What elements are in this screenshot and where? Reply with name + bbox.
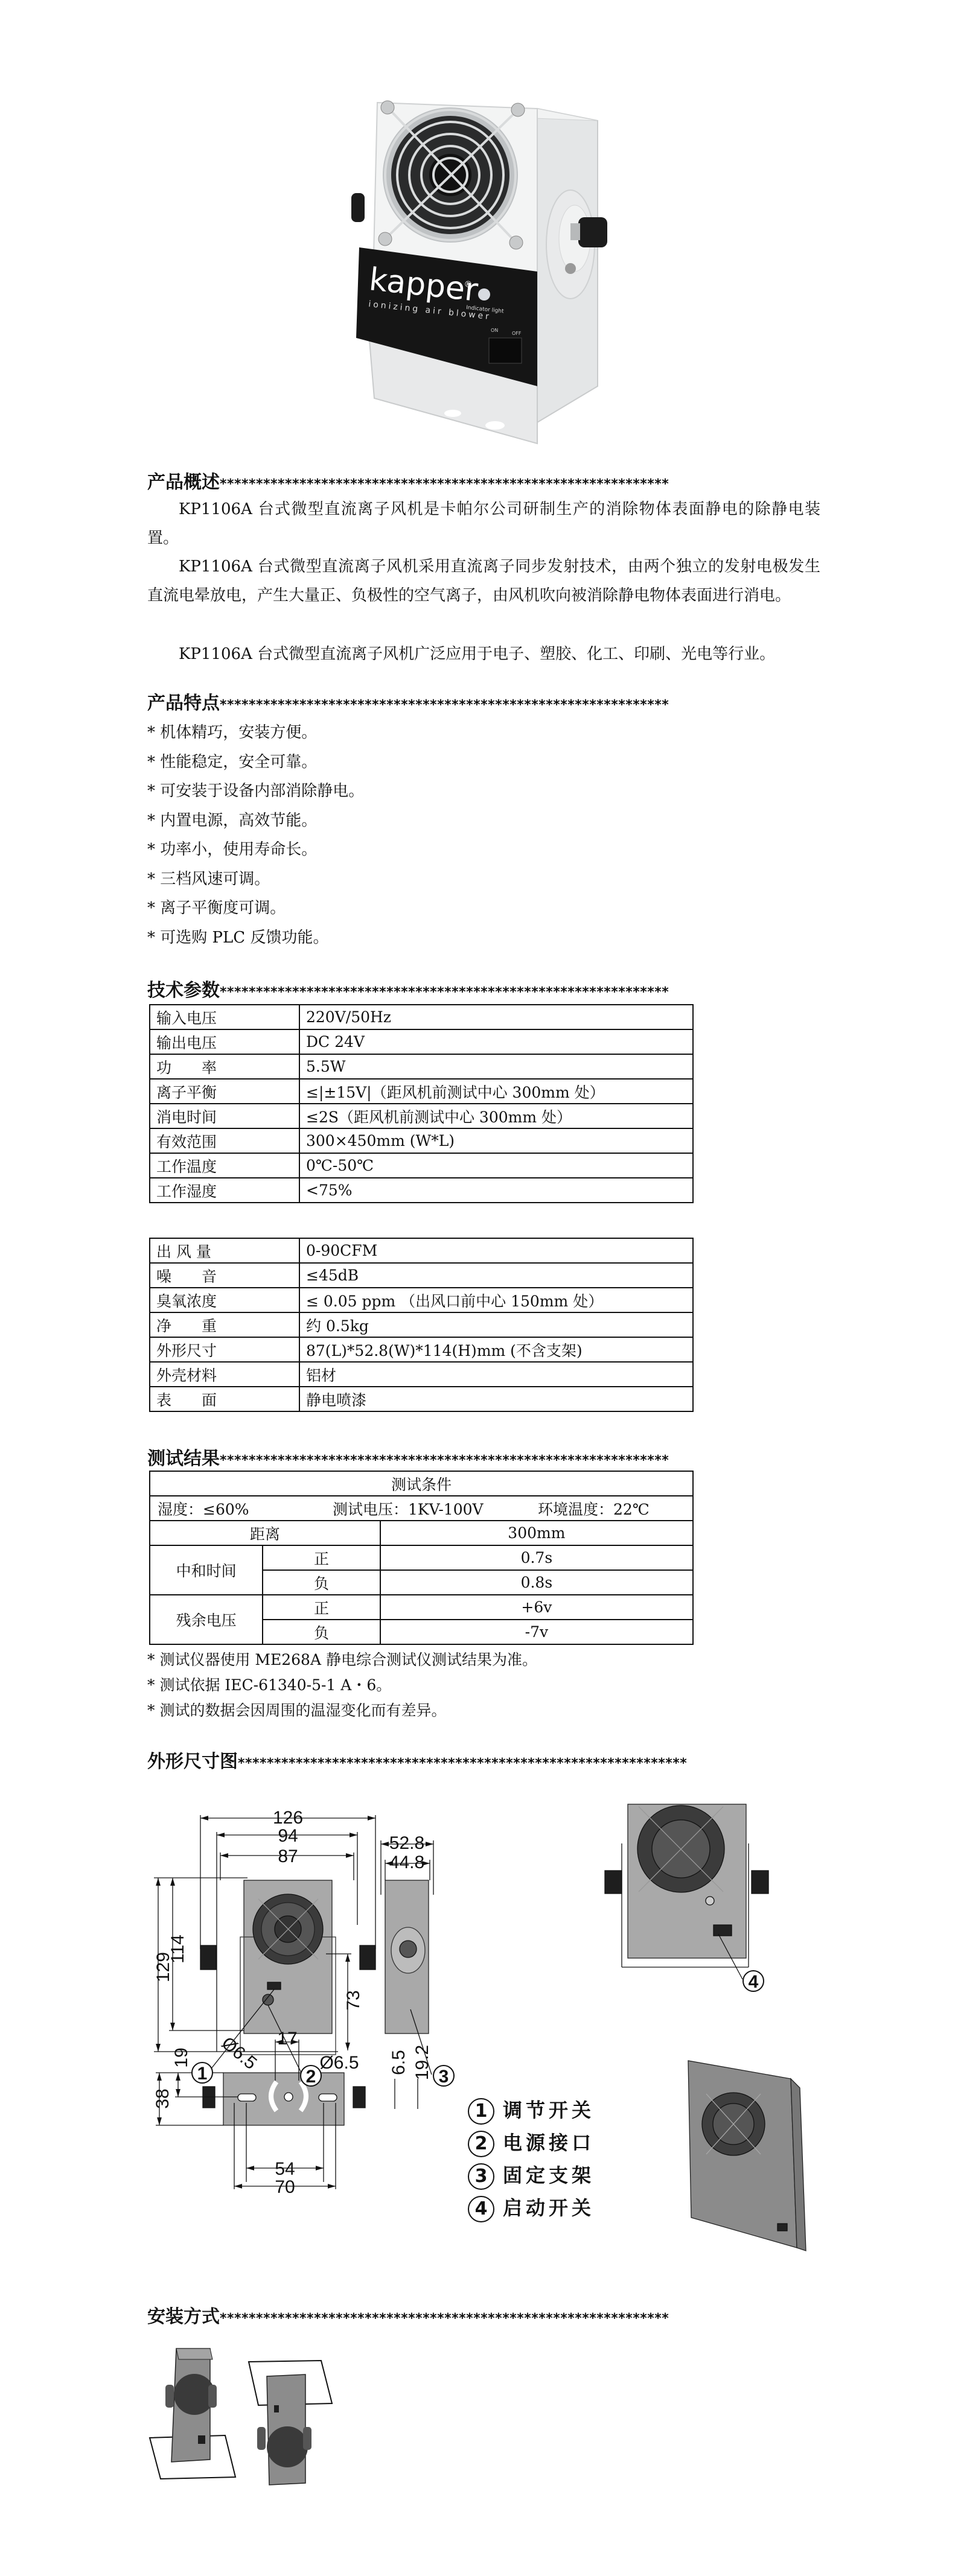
table-row: 外形尺寸87(L)*52.8(W)*114(H)mm (不含支架) (150, 1337, 693, 1362)
polarity-positive: 正 (263, 1595, 380, 1620)
dim-phi-6-5-left: Ø6.5 (218, 2033, 261, 2073)
table-row: 工作温度0℃-50℃ (150, 1153, 693, 1178)
polarity-negative: 负 (263, 1620, 380, 1644)
table-row: 外壳材料铝材 (150, 1362, 693, 1387)
residual-negative-value: -7v (380, 1620, 693, 1644)
dim-19: 19 (171, 2047, 191, 2067)
divider-stars: ****************************************… (220, 2311, 669, 2326)
table-row: 出 风 量0-90CFM (150, 1238, 693, 1263)
table-row: 有效范围300×450mm (W*L) (150, 1128, 693, 1153)
dimension-drawing: 1 2 3 4 126 94 87 129 114 73 52.8 44.8 3… (145, 1774, 839, 2305)
svg-text:ON: ON (491, 328, 498, 333)
table-row: 表 面静电喷漆 (150, 1387, 693, 1411)
callout-3: 3 (439, 2067, 449, 2087)
table-row: 离子平衡≤|±15V|（距风机前测试中心 300mm 处） (150, 1079, 693, 1104)
neutralize-positive-value: 0.7s (380, 1545, 693, 1570)
polarity-positive: 正 (263, 1545, 380, 1570)
dim-phi-6-5-right: Ø6.5 (319, 2053, 359, 2073)
divider-stars: ****************************************… (238, 1756, 687, 1771)
table-row: 工作湿度<75% (150, 1178, 693, 1203)
overview-heading: 产品概述************************************… (147, 472, 669, 495)
dim-6-5: 6.5 (389, 2050, 409, 2075)
humidity-condition: 湿度：≤60% (158, 1498, 333, 1519)
divider-stars: ****************************************… (220, 477, 669, 492)
overview-paragraph-3: KP1106A 台式微型直流离子风机广泛应用于电子、塑胶、化工、印刷、光电等行业… (147, 640, 820, 669)
features-list: * 机体精巧，安装方便。 * 性能稳定，安全可靠。 * 可安装于设备内部消除静电… (147, 718, 364, 952)
dimensions-heading: 外形尺寸图***********************************… (147, 1751, 687, 1775)
neutralize-negative-value: 0.8s (380, 1570, 693, 1595)
dim-52-8: 52.8 (389, 1833, 424, 1853)
divider-stars: ****************************************… (220, 698, 669, 713)
overview-paragraph-1: KP1106A 台式微型直流离子风机是卡帕尔公司研制生产的消除物体表面静电的除静… (147, 495, 820, 553)
feature-item: * 功率小，使用寿命长。 (147, 835, 364, 865)
specs-title: 技术参数 (147, 980, 220, 1001)
dim-44-8: 44.8 (389, 1852, 424, 1872)
table-row: 净 重约 0.5kg (150, 1312, 693, 1337)
features-title: 产品特点 (147, 693, 220, 714)
dim-19-2: 19.2 (412, 2045, 432, 2080)
feature-item: * 可安装于设备内部消除静电。 (147, 777, 364, 806)
dim-73: 73 (343, 1990, 363, 2010)
test-notes: * 测试仪器使用 ME268A 静电综合测试仪测试结果为准。 * 测试依据 IE… (147, 1647, 537, 1723)
callout-2: 2 (306, 2067, 316, 2087)
dim-114: 114 (168, 1935, 188, 1964)
test-conditions-header: 测试条件 (150, 1471, 693, 1496)
polarity-negative: 负 (263, 1570, 380, 1595)
table-row: 消电时间≤2S（距风机前测试中心 300mm 处） (150, 1104, 693, 1128)
features-heading: 产品特点************************************… (147, 693, 669, 716)
table-row: 噪 音≤45dB (150, 1263, 693, 1288)
divider-stars: ****************************************… (220, 1453, 669, 1468)
distance-value: 300mm (380, 1521, 693, 1545)
spec-table-1: 输入电压220V/50Hz 输出电压DC 24V 功 率5.5W 离子平衡≤|±… (149, 1004, 694, 1203)
mounting-heading: 安装方式************************************… (147, 2306, 669, 2330)
callout-4: 4 (749, 1972, 759, 1992)
test-heading: 测试结果************************************… (147, 1448, 669, 1472)
feature-item: * 三档风速可调。 (147, 865, 364, 894)
residual-positive-value: +6v (380, 1595, 693, 1620)
callout-1: 1 (197, 2064, 208, 2084)
overview-title: 产品概述 (147, 472, 220, 493)
dim-17: 17 (277, 2029, 297, 2049)
dim-70: 70 (275, 2177, 295, 2197)
feature-item: * 机体精巧，安装方便。 (147, 718, 364, 748)
svg-text:OFF: OFF (512, 331, 522, 336)
legend-item: 2电源接口 (468, 2126, 595, 2159)
legend-item: 4启动开关 (468, 2192, 595, 2224)
test-results-table: 测试条件 湿度：≤60%测试电压：1KV-100V环境温度：22℃ 距离300m… (149, 1471, 694, 1645)
mounting-title: 安装方式 (147, 2306, 220, 2327)
divider-stars: ****************************************… (220, 985, 669, 1000)
parts-legend: 1调节开关 2电源接口 3固定支架 4启动开关 (468, 2094, 595, 2224)
legend-item: 1调节开关 (468, 2094, 595, 2126)
table-row: 臭氧浓度≤ 0.05 ppm （出风口前中心 150mm 处） (150, 1288, 693, 1312)
svg-text:®: ® (464, 279, 473, 290)
distance-label: 距离 (150, 1521, 380, 1545)
neutralize-label: 中和时间 (150, 1545, 263, 1595)
residual-label: 残余电压 (150, 1595, 263, 1644)
feature-item: * 性能稳定，安全可靠。 (147, 748, 364, 777)
dim-87: 87 (278, 1846, 298, 1866)
overview-paragraph-2: KP1106A 台式微型直流离子风机采用直流离子同步发射技术，由两个独立的发射电… (147, 552, 820, 610)
dimensions-title: 外形尺寸图 (147, 1751, 238, 1772)
test-note: * 测试的数据会因周围的温湿变化而有差异。 (147, 1698, 537, 1723)
feature-item: * 内置电源，高效节能。 (147, 806, 364, 836)
table-row: 功 率5.5W (150, 1054, 693, 1079)
test-note: * 测试依据 IEC-61340-5-1 A・6。 (147, 1673, 537, 1698)
dim-126: 126 (273, 1808, 303, 1828)
ambient-condition: 环境温度：22℃ (538, 1501, 650, 1518)
voltage-condition: 测试电压：1KV-100V (333, 1498, 538, 1519)
test-note: * 测试仪器使用 ME268A 静电综合测试仪测试结果为准。 (147, 1647, 537, 1673)
table-row: 输入电压220V/50Hz (150, 1005, 693, 1029)
dim-38: 38 (153, 2088, 173, 2108)
dim-94: 94 (278, 1826, 298, 1846)
feature-item: * 可选购 PLC 反馈功能。 (147, 923, 364, 953)
product-photo: kapper ® ionizing air blower Indicator l… (344, 84, 616, 447)
table-row: 输出电压DC 24V (150, 1029, 693, 1054)
legend-item: 3固定支架 (468, 2159, 595, 2192)
mounting-illustration (145, 2341, 531, 2492)
spec-table-2: 出 风 量0-90CFM 噪 音≤45dB 臭氧浓度≤ 0.05 ppm （出风… (149, 1238, 694, 1412)
specs-heading: 技术参数************************************… (147, 980, 669, 1003)
test-title: 测试结果 (147, 1448, 220, 1469)
test-conditions-row: 湿度：≤60%测试电压：1KV-100V环境温度：22℃ (150, 1496, 693, 1521)
feature-item: * 离子平衡度可调。 (147, 894, 364, 923)
dim-54: 54 (275, 2159, 295, 2179)
